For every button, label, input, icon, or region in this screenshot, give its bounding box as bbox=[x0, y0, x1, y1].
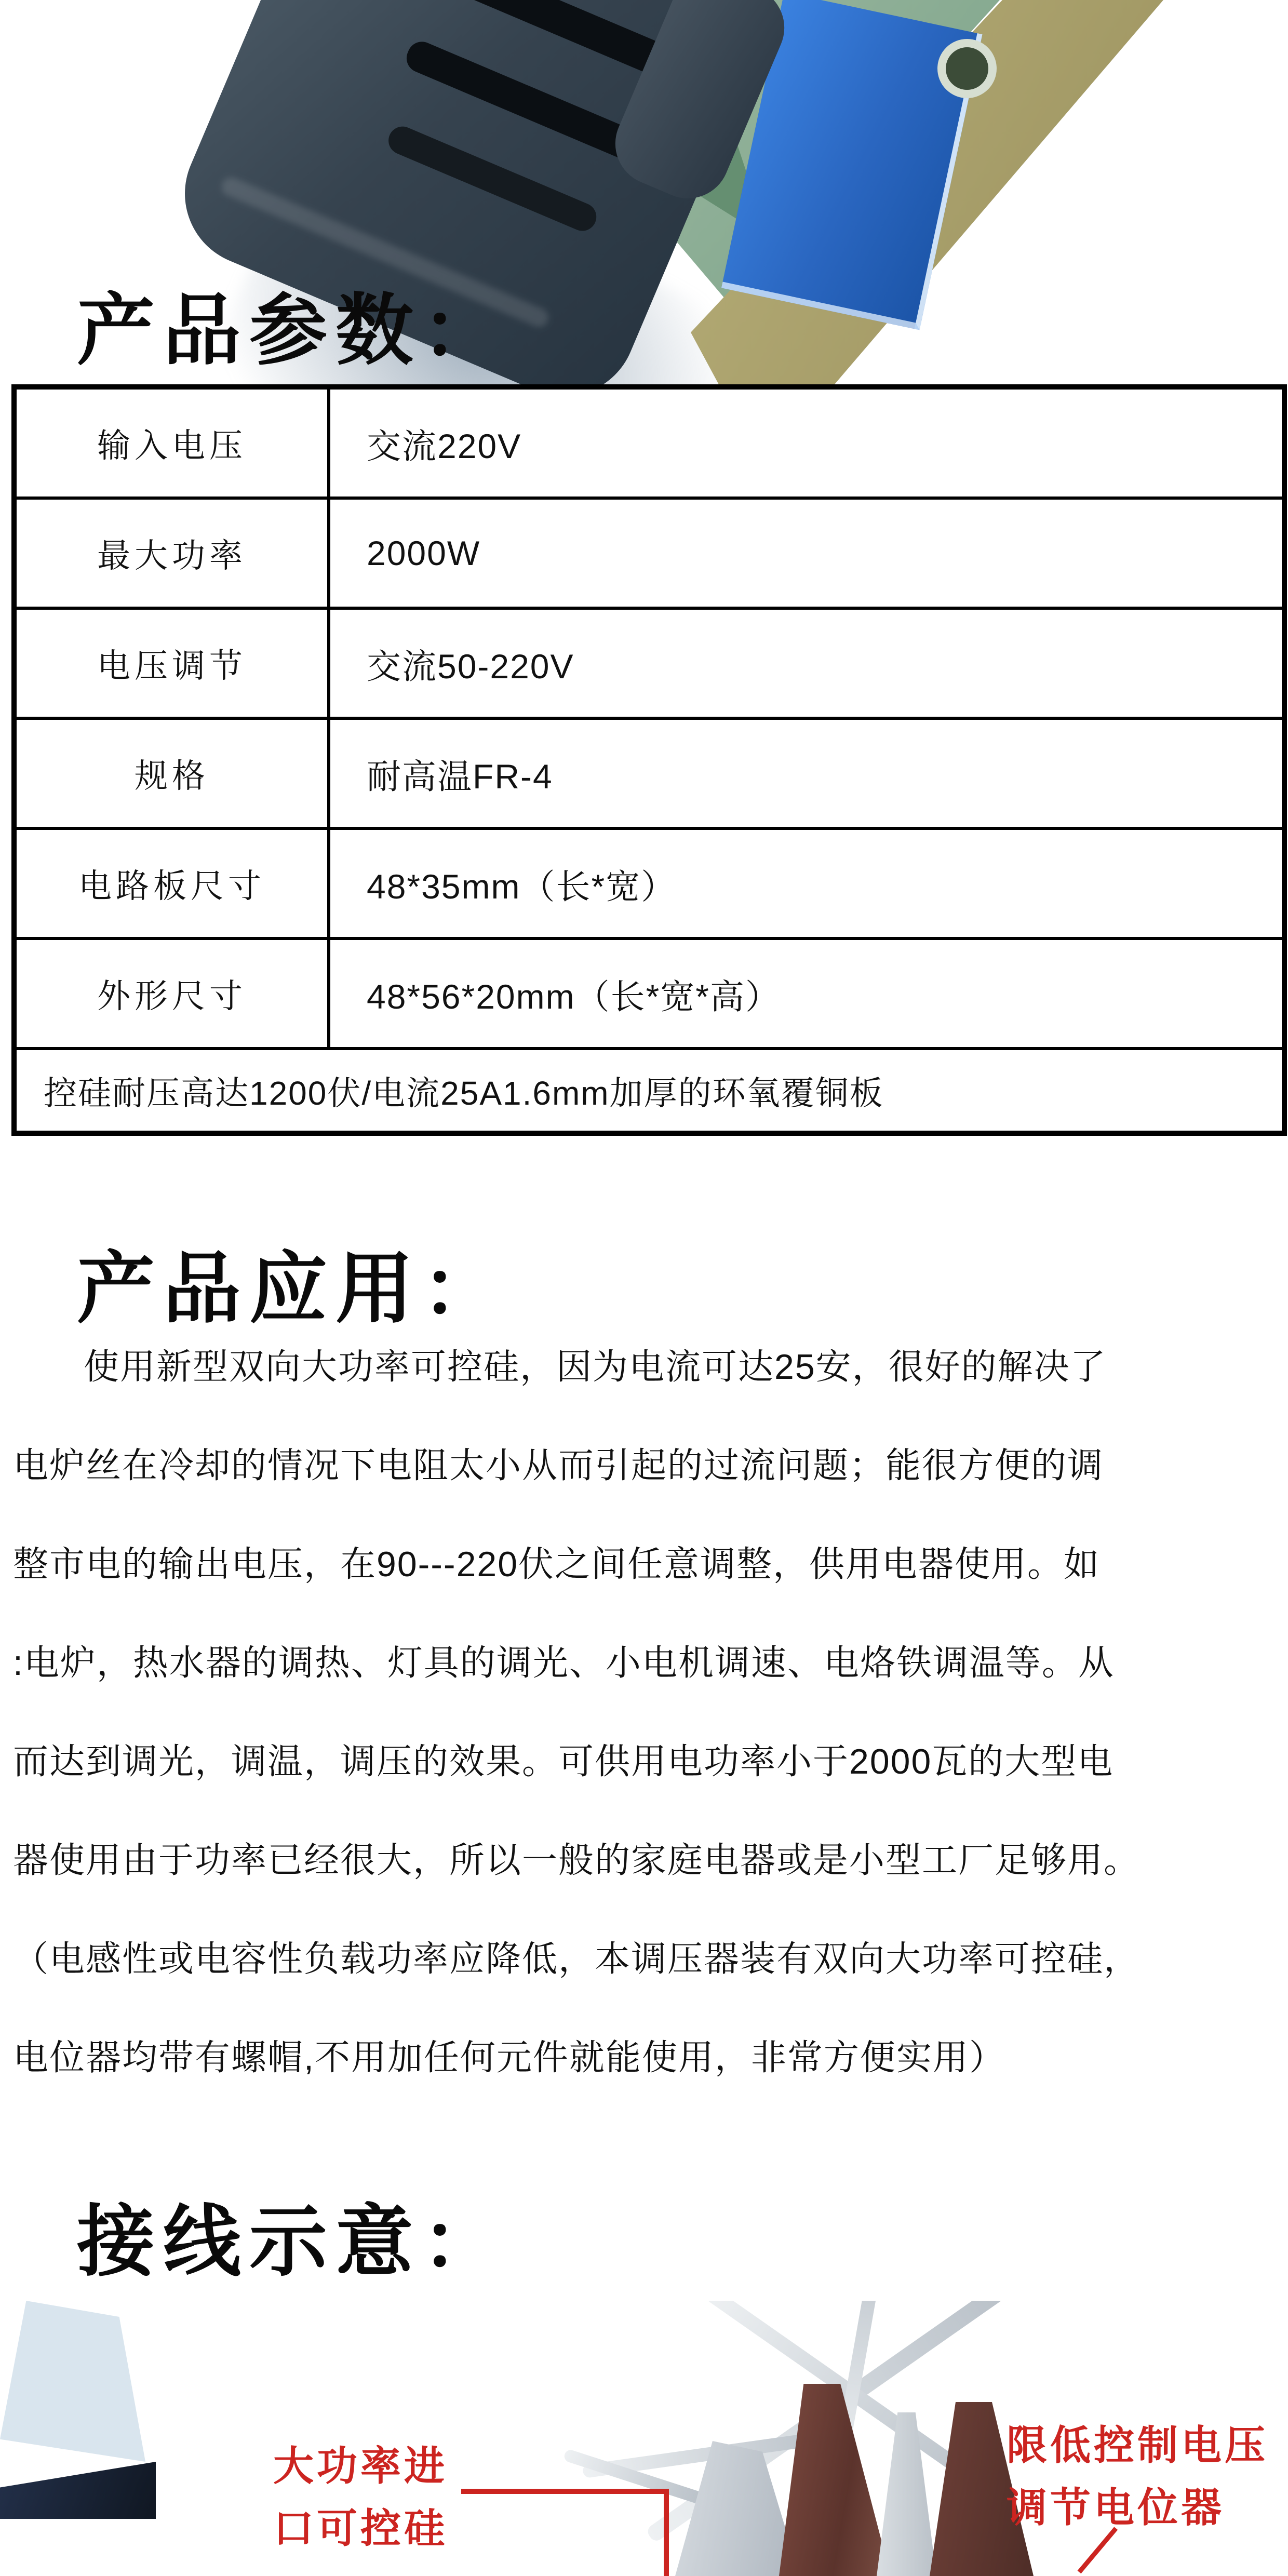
table-row: 电路板尺寸 48*35mm（长*宽） bbox=[17, 830, 1282, 940]
spec-value: 2000W bbox=[330, 500, 1282, 607]
annotation-box-edge bbox=[664, 2489, 669, 2576]
spec-value: 48*56*20mm（长*宽*高） bbox=[330, 940, 1282, 1047]
table-row: 最大功率 2000W bbox=[17, 500, 1282, 610]
knob-slot bbox=[384, 122, 601, 235]
annotation-leader-line bbox=[461, 2489, 669, 2494]
paragraph-line: :电炉，热水器的调热、灯具的调光、小电机调速、电烙铁调温等。从 bbox=[13, 1614, 1276, 1712]
spec-label: 最大功率 bbox=[17, 500, 330, 607]
annotation-line: 限低控制电压 bbox=[1007, 2414, 1268, 2476]
annotation-line: 大功率进 bbox=[273, 2435, 448, 2497]
spec-label: 输入电压 bbox=[17, 390, 330, 497]
spec-value: 交流220V bbox=[330, 390, 1282, 497]
spec-label: 电压调节 bbox=[17, 610, 330, 717]
spec-table: 输入电压 交流220V 最大功率 2000W 电压调节 交流50-220V 规格… bbox=[11, 384, 1287, 1136]
application-paragraph: 使用新型双向大功率可控硅，因为电流可达25安，很好的解决了 电炉丝在冷却的情况下… bbox=[13, 1318, 1276, 2107]
spec-label: 规格 bbox=[17, 720, 330, 827]
table-row: 外形尺寸 48*56*20mm（长*宽*高） bbox=[17, 940, 1282, 1050]
annotation-line: 口可控硅 bbox=[273, 2497, 448, 2559]
spec-value: 耐高温FR-4 bbox=[330, 720, 1282, 827]
heatsink-panel bbox=[0, 2301, 145, 2462]
table-row: 规格 耐高温FR-4 bbox=[17, 720, 1282, 830]
spec-value: 交流50-220V bbox=[330, 610, 1282, 717]
mounting-hole bbox=[937, 39, 997, 98]
spec-label: 外形尺寸 bbox=[17, 940, 330, 1047]
paragraph-line: （电感性或电容性负载功率应降低，本调压器装有双向大功率可控硅， bbox=[13, 1910, 1276, 2008]
paragraph-line: 电位器均带有螺帽,不用加任何元件就能使用，非常方便实用） bbox=[13, 2008, 1276, 2107]
annotation-potentiometer-label: 限低控制电压 调节电位器 bbox=[1007, 2414, 1268, 2539]
section-heading-wiring: 接线示意： bbox=[77, 2200, 508, 2283]
table-row: 输入电压 交流220V bbox=[17, 390, 1282, 500]
paragraph-line: 整市电的输出电压，在90---220伏之间任意调整，供用电器使用。如 bbox=[13, 1515, 1276, 1614]
annotation-thyristor-label: 大功率进 口可控硅 bbox=[273, 2435, 448, 2559]
paragraph-line: 电炉丝在冷却的情况下电阻太小从而引起的过流问题；能很方便的调 bbox=[13, 1416, 1276, 1515]
annotation-line: 调节电位器 bbox=[1007, 2476, 1268, 2539]
paragraph-line: 使用新型双向大功率可控硅，因为电流可达25安，很好的解决了 bbox=[13, 1318, 1276, 1416]
paragraph-line: 而达到调光，调温，调压的效果。可供用电功率小于2000瓦的大型电 bbox=[13, 1712, 1276, 1811]
spec-value: 48*35mm（长*宽） bbox=[330, 830, 1282, 937]
spec-label: 电路板尺寸 bbox=[17, 830, 330, 937]
table-footer-note: 控硅耐压高达1200伏/电流25A1.6mm加厚的环氧覆铜板 bbox=[17, 1050, 1282, 1131]
paragraph-line: 器使用由于功率已经很大，所以一般的家庭电器或是小型工厂足够用。 bbox=[13, 1811, 1276, 1910]
section-heading-parameters: 产品参数： bbox=[77, 289, 508, 372]
table-row: 电压调节 交流50-220V bbox=[17, 610, 1282, 720]
circuit-board-dark-area bbox=[0, 2462, 156, 2519]
